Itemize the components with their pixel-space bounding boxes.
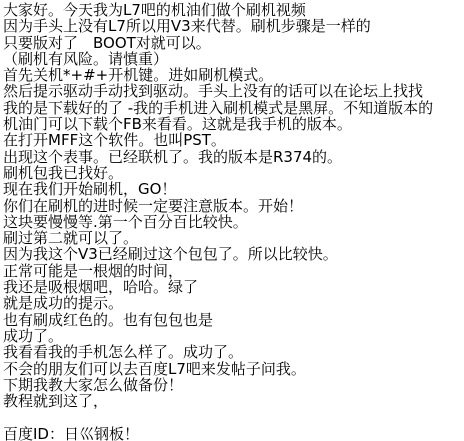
text-line: 刷机包我已找好。 (3, 165, 464, 181)
text-line: 这块要慢慢等.第一个百分百比较快。 (3, 214, 464, 230)
text-line: 只要版对了 BOOT对就可以。 (3, 35, 464, 51)
text-line: （刷机有风险。请慎重） (3, 51, 464, 67)
text-line: 正常可能是一根烟的时间， (3, 263, 464, 279)
text-line: 我还是吸根烟吧，哈哈。绿了 (3, 279, 464, 295)
text-line: 不会的朋友们可以去百度L7吧来发帖子问我。 (3, 361, 464, 377)
text-line: 在打开MFF这个软件。也叫PST。 (3, 132, 464, 148)
text-line: 百度ID：日巛钢板！ (3, 426, 464, 441)
text-line: 然后提示驱动手动找到驱动。手头上没有的话可以在论坛上找找 (3, 83, 464, 99)
text-line: 我看看我的手机怎么样了。成功了。 (3, 344, 464, 360)
text-line: 下期我教大家怎么做备份！ (3, 377, 464, 393)
text-line: 现在我们开始刷机，GO！ (3, 181, 464, 197)
text-line: 也有刷成红色的。也有包包也是 (3, 312, 464, 328)
blank-line (3, 409, 464, 425)
text-line: 我的是下载好的了 -我的手机进入刷机模式是黑屏。不知道版本的 (3, 100, 464, 116)
text-line: 出现这个表事。已经联机了。我的版本是R374的。 (3, 149, 464, 165)
text-line: 因为手头上没有L7所以用V3来代替。刷机步骤是一样的 (3, 18, 464, 34)
text-page: 大家好。今天我为L7吧的机油们做个刷机视频 因为手头上没有L7所以用V3来代替。… (0, 0, 464, 441)
text-line: 成功了。 (3, 328, 464, 344)
text-line: 因为我这个V3已经刷过这个包包了。所以比较快。 (3, 246, 464, 262)
text-line: 首先关机*+#+开机键。进如刷机模式。 (3, 67, 464, 83)
text-line: 机油门可以下载个FB来看看。这就是我手机的版本。 (3, 116, 464, 132)
text-line: 你们在刷机的进时候一定要注意版本。开始！ (3, 198, 464, 214)
text-line: 教程就到这了， (3, 393, 464, 409)
text-line: 就是成功的提示。 (3, 295, 464, 311)
text-line: 大家好。今天我为L7吧的机油们做个刷机视频 (3, 2, 464, 18)
text-line: 刷过第二就可以了。 (3, 230, 464, 246)
